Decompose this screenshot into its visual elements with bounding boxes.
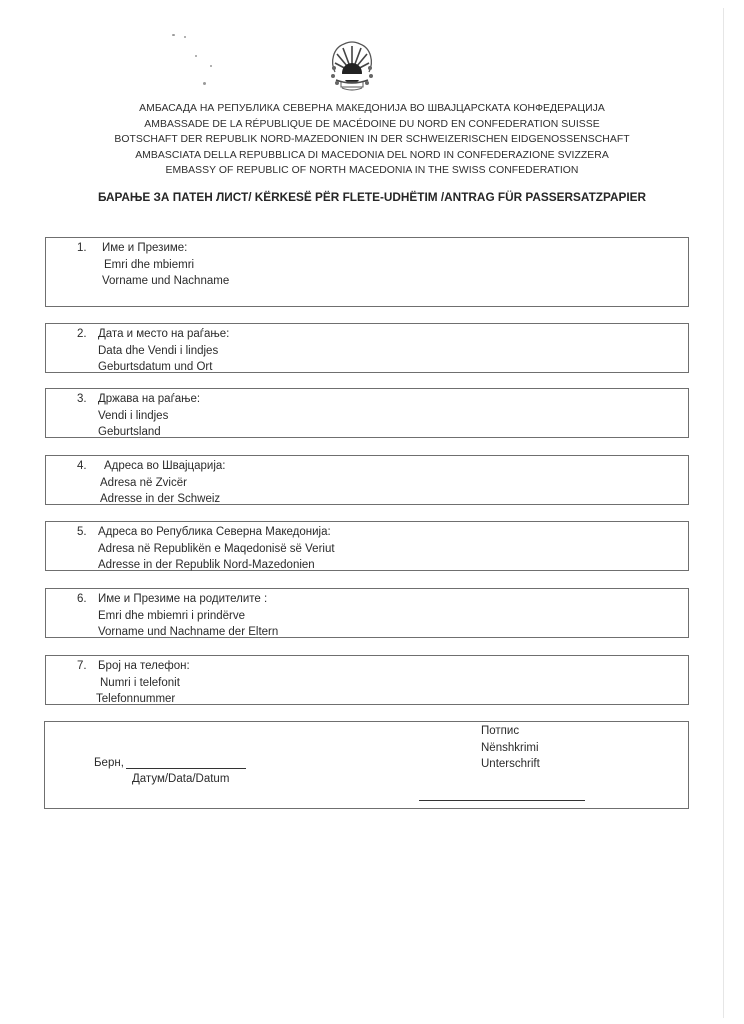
field-parents-names[interactable]: 6. Име и Презиме на родителите : Emri dh… bbox=[45, 588, 689, 638]
field-full-name[interactable]: 1. Име и Презиме: Emri dhe mbiemri Vorna… bbox=[45, 237, 689, 307]
field-label-sq: Numri i telefonit bbox=[100, 675, 180, 692]
field-address-switzerland[interactable]: 4. Адреса во Швајцарија: Adresa në Zvicë… bbox=[45, 455, 689, 505]
header-line-en: EMBASSY OF REPUBLIC OF NORTH MACEDONIA I… bbox=[60, 163, 684, 179]
field-number: 2. bbox=[77, 326, 87, 343]
field-label-mk: Адреса во Швајцарија: bbox=[104, 458, 226, 475]
field-birth-date-place[interactable]: 2. Дата и место на раѓање: Data dhe Vend… bbox=[45, 323, 689, 373]
field-number: 7. bbox=[77, 658, 87, 675]
scan-edge bbox=[723, 8, 724, 1018]
field-number: 4. bbox=[77, 458, 87, 475]
date-field-line[interactable] bbox=[126, 768, 246, 769]
field-label-mk: Име и Презиме: bbox=[102, 240, 187, 257]
field-label-de: Adresse in der Republik Nord-Mazedonien bbox=[98, 557, 315, 574]
field-label-sq: Adresa në Republikën e Maqedonisë së Ver… bbox=[98, 541, 335, 558]
coat-of-arms-icon bbox=[327, 38, 377, 94]
signature-field-line[interactable] bbox=[419, 800, 585, 801]
form-title: БАРАЊЕ ЗА ПАТЕН ЛИСТ/ KËRKESË PËR FLETE-… bbox=[60, 190, 684, 204]
embassy-header: АМБАСАДА НА РЕПУБЛИКА СЕВЕРНА МАКЕДОНИЈА… bbox=[60, 101, 684, 179]
field-label-mk: Име и Презиме на родителите : bbox=[98, 591, 267, 608]
field-address-north-macedonia[interactable]: 5. Адреса во Република Северна Македониј… bbox=[45, 521, 689, 571]
field-number: 1. bbox=[77, 240, 87, 257]
field-label-de: Geburtsland bbox=[98, 424, 161, 441]
field-birth-country[interactable]: 3. Држава на раѓање: Vendi i lindjes Geb… bbox=[45, 388, 689, 438]
field-label-de: Vorname und Nachname bbox=[102, 273, 229, 290]
field-phone-number[interactable]: 7. Број на телефон: Numri i telefonit Te… bbox=[45, 655, 689, 705]
scan-speck bbox=[210, 65, 212, 67]
field-label-sq: Emri dhe mbiemri bbox=[104, 257, 194, 274]
place-label: Берн, bbox=[94, 755, 124, 772]
field-number: 6. bbox=[77, 591, 87, 608]
scan-speck bbox=[203, 82, 206, 85]
field-label-sq: Data dhe Vendi i lindjes bbox=[98, 343, 218, 360]
date-label: Датум/Data/Datum bbox=[132, 771, 229, 788]
header-line-de: BOTSCHAFT DER REPUBLIK NORD-MAZEDONIEN I… bbox=[60, 132, 684, 148]
field-label-de: Vorname und Nachname der Eltern bbox=[98, 624, 278, 641]
field-number: 5. bbox=[77, 524, 87, 541]
field-label-sq: Emri dhe mbiemri i prindërve bbox=[98, 608, 245, 625]
field-label-de: Geburtsdatum und Ort bbox=[98, 359, 212, 376]
signature-section: Берн, Датум/Data/Datum Потпис Nënshkrimi… bbox=[44, 721, 689, 809]
header-line-it: AMBASCIATA DELLA REPUBBLICA DI MACEDONIA… bbox=[60, 148, 684, 164]
scan-speck bbox=[184, 36, 186, 38]
signature-label-de: Unterschrift bbox=[481, 756, 540, 773]
signature-label-sq: Nënshkrimi bbox=[481, 740, 539, 757]
field-label-mk: Број на телефон: bbox=[98, 658, 190, 675]
field-label-sq: Adresa në Zvicër bbox=[100, 475, 187, 492]
scan-speck bbox=[172, 34, 175, 36]
field-label-sq: Vendi i lindjes bbox=[98, 408, 168, 425]
scan-speck bbox=[195, 55, 197, 57]
header-line-mk: АМБАСАДА НА РЕПУБЛИКА СЕВЕРНА МАКЕДОНИЈА… bbox=[60, 101, 684, 117]
field-label-mk: Адреса во Република Северна Македонија: bbox=[98, 524, 331, 541]
field-label-mk: Држава на раѓање: bbox=[98, 391, 200, 408]
header-line-fr: AMBASSADE DE LA RÉPUBLIQUE DE MACÉDOINE … bbox=[60, 117, 684, 133]
field-label-de: Adresse in der Schweiz bbox=[100, 491, 220, 508]
field-label-de: Telefonnummer bbox=[96, 691, 175, 708]
field-number: 3. bbox=[77, 391, 87, 408]
field-label-mk: Дата и место на раѓање: bbox=[98, 326, 229, 343]
signature-label-mk: Потпис bbox=[481, 723, 519, 740]
